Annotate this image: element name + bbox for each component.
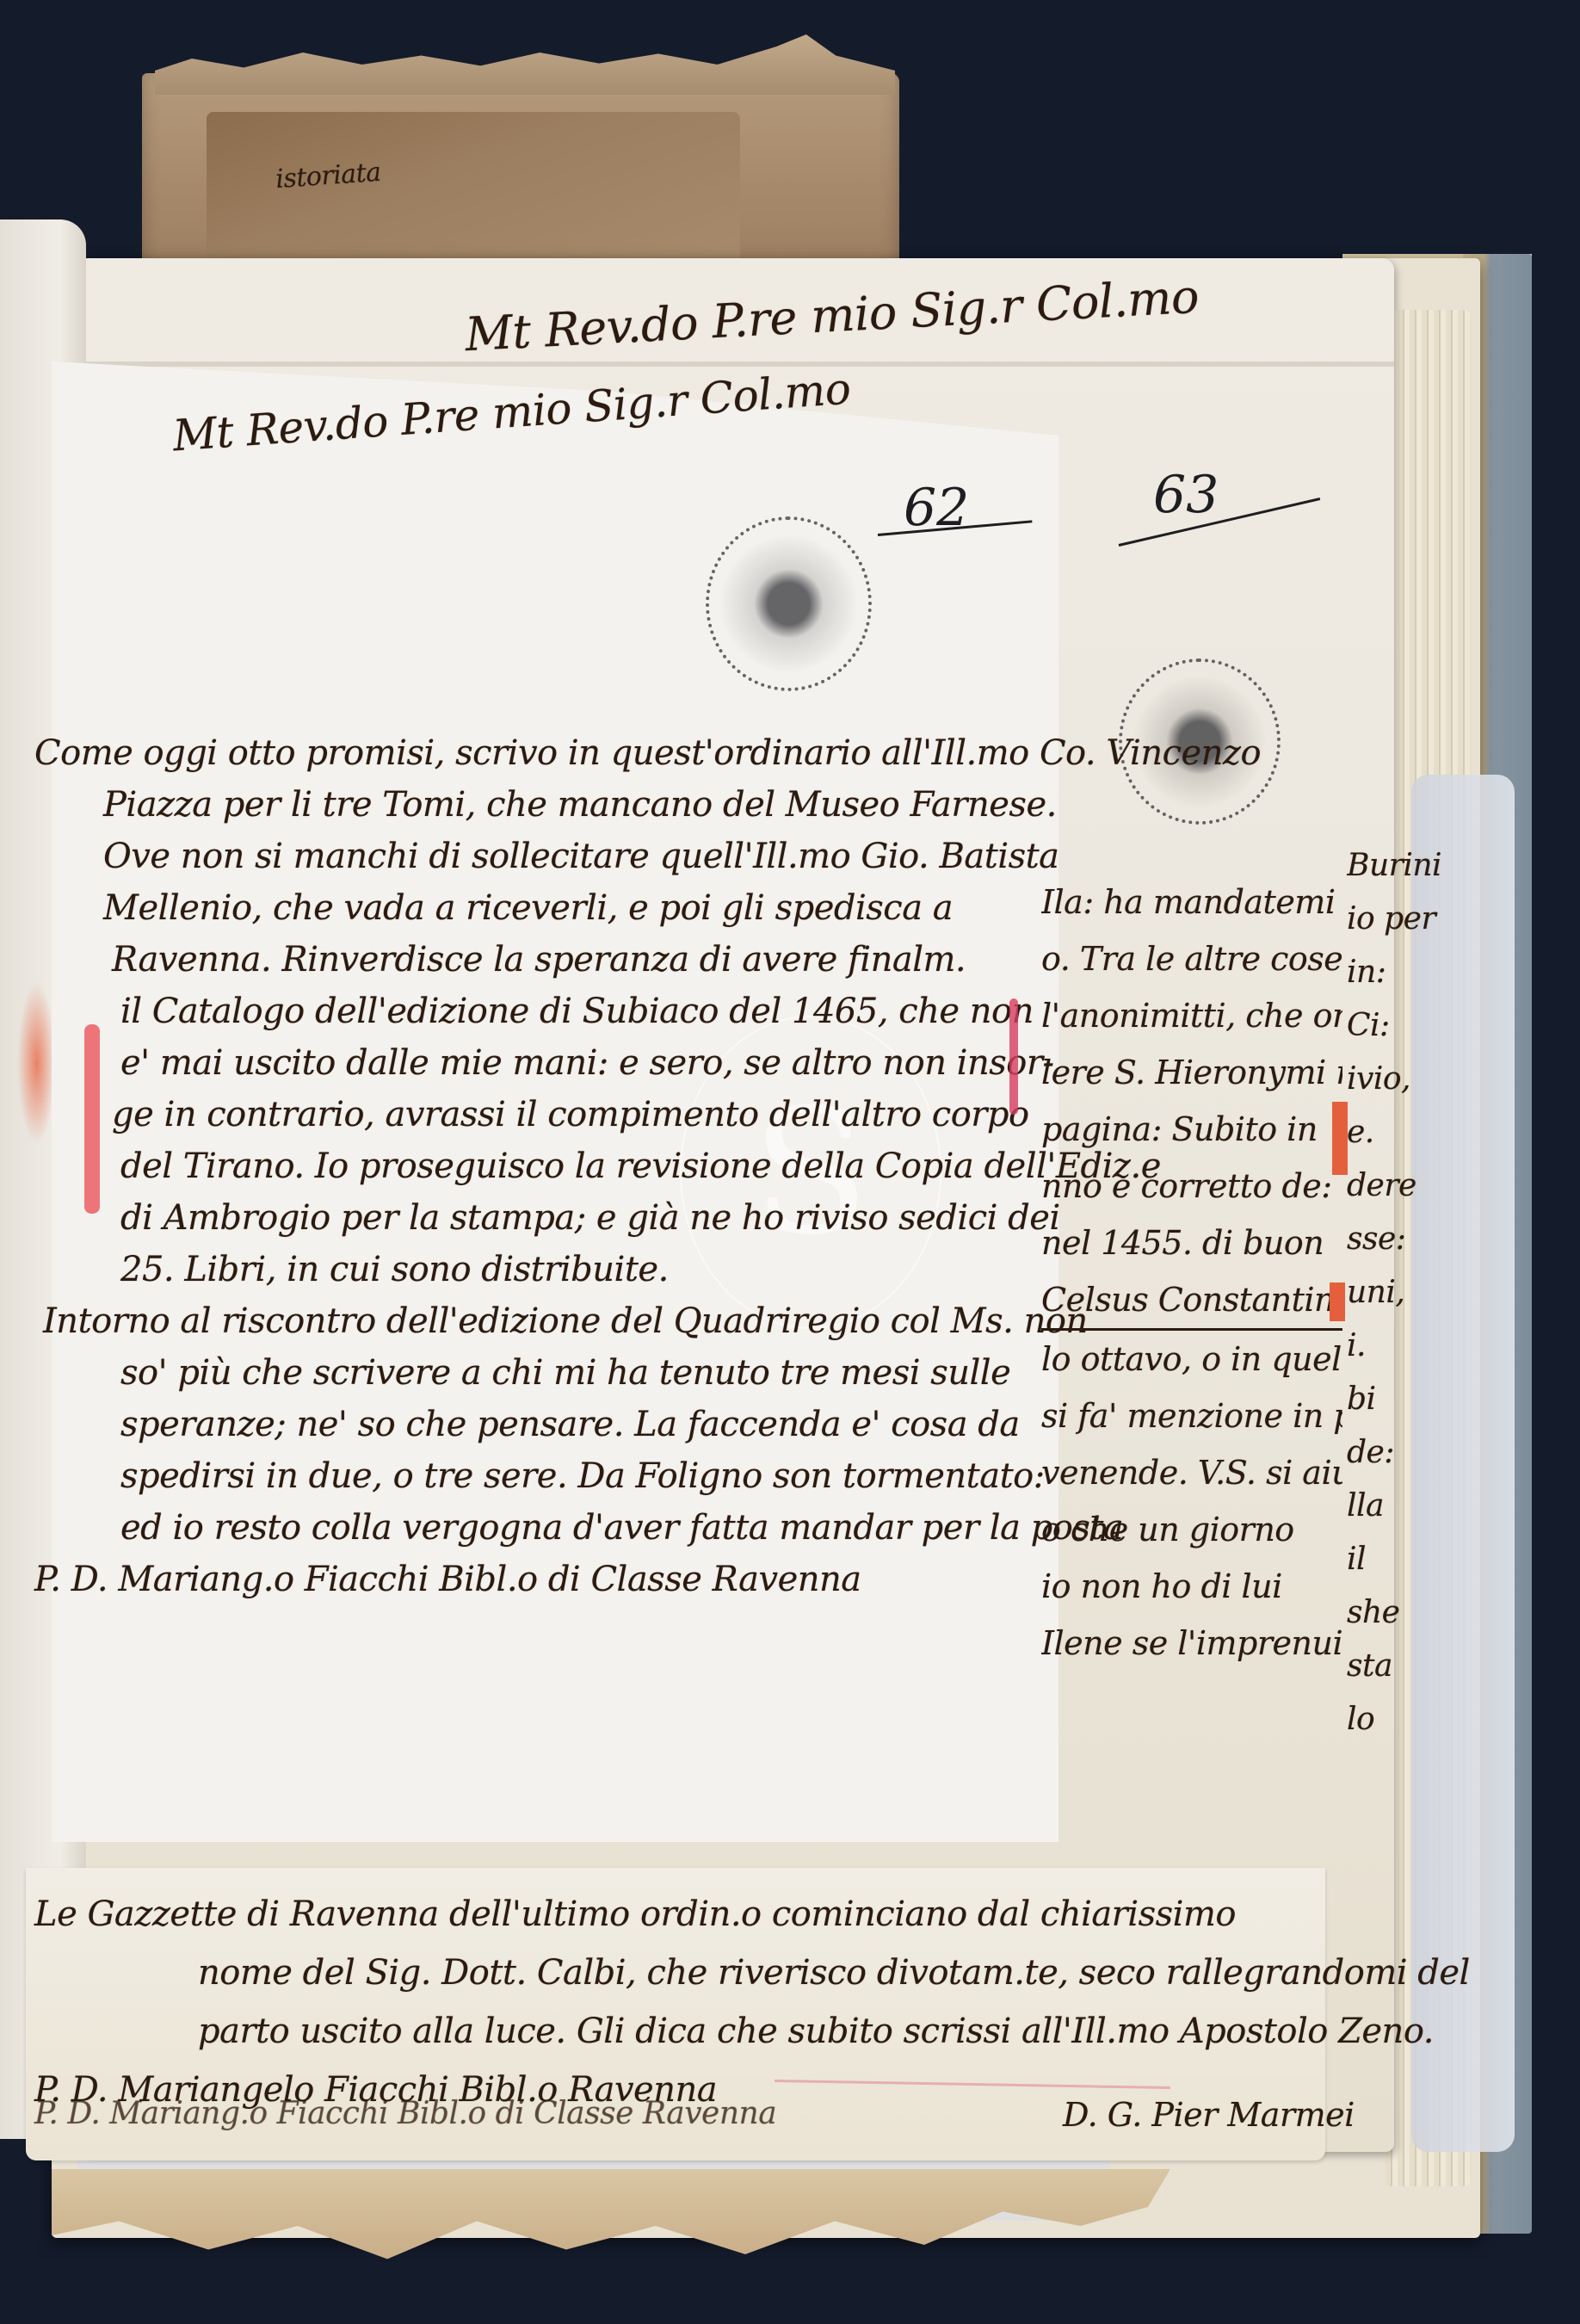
body-line: del Tirano. Io proseguisco la revisione … (120, 1140, 1119, 1192)
signature: D. G. Pier Marmei (1063, 2096, 1355, 2134)
body-line: Piazza per li tre Tomi, che mancano del … (103, 779, 1102, 831)
fragment: sse: (1347, 1213, 1450, 1266)
right-line: l'anonimitti, che ora (1041, 987, 1342, 1044)
right-line: io non ho di lui (1041, 1558, 1342, 1615)
right-line: lo ottavo, o in quel (1041, 1331, 1342, 1388)
body-line: so' più che scrivere a chi mi ha tenuto … (120, 1347, 1119, 1399)
body-line: P. D. Mariang.o Fiacchi Bibl.o di Classe… (34, 1554, 1033, 1605)
body-line: ge in contrario, avrassi il compimento d… (112, 1089, 1110, 1140)
torn-envelope-edge (155, 34, 895, 95)
fragment: in: (1347, 946, 1450, 999)
body-line: speranze; ne' so che pensare. La faccend… (120, 1399, 1119, 1450)
body-line: di Ambrogio per la stampa; e già ne ho r… (120, 1192, 1119, 1244)
bottom-line: Le Gazzette di Ravenna dell'ultimo ordin… (34, 1885, 1308, 1944)
red-crayon-mark (1009, 998, 1018, 1115)
body-line: Ove non si manchi di sollecitare quell'I… (103, 831, 1102, 882)
right-page-text: Ila: ha mandatemi o. Tra le altre cose l… (1041, 874, 1342, 1672)
fragment: sta (1347, 1640, 1450, 1693)
right-line: pagina: Subito in (1041, 1101, 1342, 1158)
bottom-line: nome del Sig. Dott. Calbi, che riverisco… (198, 1944, 1472, 2002)
fragment: lla (1347, 1480, 1450, 1533)
fragment: il (1347, 1533, 1450, 1586)
right-line: nno e corretto de: (1041, 1158, 1342, 1215)
fragment: de: (1347, 1426, 1450, 1480)
body-line: il Catalogo dell'edizione di Subiaco del… (120, 986, 1119, 1037)
body-line: Intorno al riscontro dell'edizione del Q… (43, 1295, 1041, 1347)
right-line-underlined: Celsus Constantinus (1041, 1271, 1342, 1331)
bottom-line: parto uscito alla luce. Gli dica che sub… (198, 2002, 1472, 2061)
folio-number-63: 63 (1153, 465, 1219, 525)
body-line: 25. Libri, in cui sono distribuite. (120, 1244, 1119, 1295)
fragment: uni, (1347, 1266, 1450, 1320)
fragment: ivio, (1347, 1053, 1450, 1106)
body-line: ed io resto colla vergogna d'aver fatta … (120, 1502, 1119, 1554)
page-fold-line (86, 362, 1394, 367)
fragment: Burini (1347, 839, 1450, 893)
orange-tab-mark (1330, 1283, 1345, 1321)
orange-tab-mark (1332, 1102, 1348, 1175)
body-line: Ravenna. Rinverdisce la speranza di aver… (112, 934, 1110, 986)
postscript-text: Le Gazzette di Ravenna dell'ultimo ordin… (34, 1885, 1308, 2119)
body-line: e' mai uscito dalle mie mani: e sero, se… (120, 1037, 1119, 1089)
red-crayon-mark (84, 1024, 100, 1214)
far-right-fragments: Burini io per in: Ci: ivio, e. dere sse:… (1347, 839, 1450, 1746)
right-line: lere S. Hieronymi non (1041, 1044, 1342, 1101)
right-line: nel 1455. di buon (1041, 1215, 1342, 1271)
fragment: bi (1347, 1373, 1450, 1426)
fragment: i. (1347, 1320, 1450, 1373)
fragment: Ci: (1347, 999, 1450, 1053)
body-line: spedirsi in due, o tre sere. Da Foligno … (120, 1450, 1119, 1502)
right-line: o. Tra le altre cose (1041, 930, 1342, 987)
body-line: Come oggi otto promisi, scrivo in quest'… (34, 727, 1033, 779)
right-line: o che un giorno (1041, 1501, 1342, 1558)
right-line: si fa' menzione in più (1041, 1388, 1342, 1444)
fragment: io per (1347, 893, 1450, 946)
library-stamp-icon (706, 516, 872, 691)
right-line: Ilene se l'imprenui- (1041, 1615, 1342, 1672)
faint-addressee-line: P. D. Mariang.o Fiacchi Bibl.o di Classe… (34, 2096, 776, 2131)
right-line: Ila: ha mandatemi (1041, 874, 1342, 930)
fragment: dere (1347, 1159, 1450, 1213)
fragment: lo (1347, 1693, 1450, 1746)
right-line: venende. V.S. si aiuti (1041, 1444, 1342, 1501)
letter-body: Come oggi otto promisi, scrivo in quest'… (34, 727, 1033, 1605)
fragment: e. (1347, 1106, 1450, 1159)
body-line: Mellenio, che vada a riceverli, e poi gl… (103, 882, 1102, 934)
fragment: she (1347, 1586, 1450, 1640)
